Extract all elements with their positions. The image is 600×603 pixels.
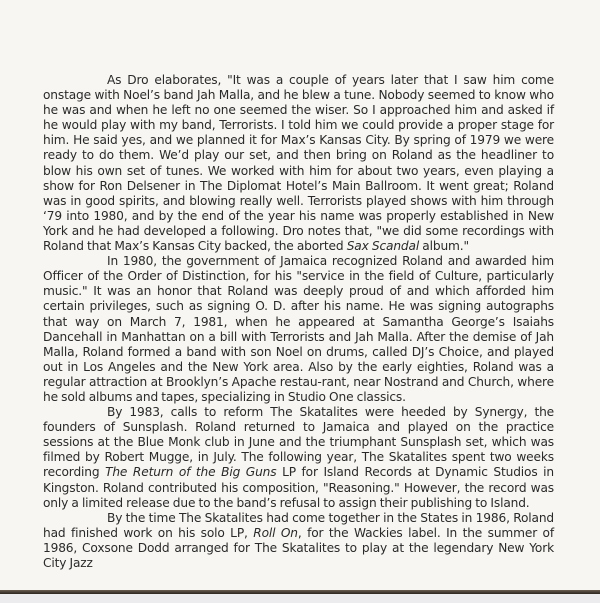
album-title-roll-on: Roll On [253,526,298,540]
scan-background [0,594,600,603]
paragraph-1980-order-of-distinction: In 1980, the government of Jamaica recog… [43,254,554,405]
text-segment: album." [419,239,469,253]
text-segment: In 1980, the government of Jamaica recog… [43,254,554,404]
booklet-page: As Dro elaborates, "It was a couple of y… [0,0,600,590]
paragraph-1983-skatalites-reform: By 1983, calls to reform The Skatalites … [43,405,554,511]
body-text: As Dro elaborates, "It was a couple of y… [43,73,554,571]
album-title-return-of-the-big-guns: The Return of the Big Guns [105,465,276,479]
paragraph-1986-roll-on: By the time The Skatalites had come toge… [43,511,554,571]
text-segment: As Dro elaborates, "It was a couple of y… [43,73,554,253]
album-title-sax-scandal: Sax Scandal [347,239,419,253]
paragraph-dro-elaborates: As Dro elaborates, "It was a couple of y… [43,73,554,254]
